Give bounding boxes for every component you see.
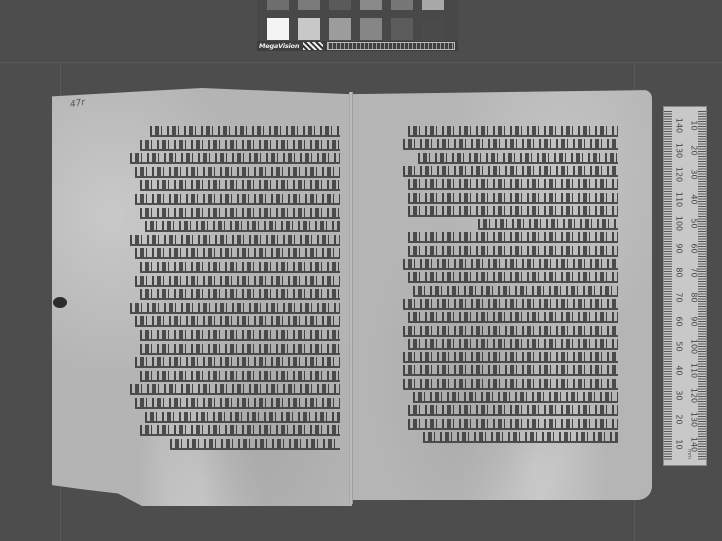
ruler-ticks-left bbox=[664, 111, 672, 461]
script-line bbox=[403, 326, 618, 337]
script-line bbox=[403, 365, 618, 376]
script-line bbox=[135, 316, 340, 327]
script-line bbox=[140, 289, 340, 300]
ruler-number: 50 bbox=[690, 214, 699, 234]
script-line bbox=[130, 235, 340, 246]
script-line bbox=[408, 419, 618, 430]
script-line bbox=[145, 221, 340, 232]
script-line bbox=[140, 330, 340, 341]
script-line bbox=[408, 179, 618, 190]
ruler-number: 10 bbox=[690, 116, 699, 136]
ruler-number: 60 bbox=[690, 238, 699, 258]
calibration-patch-top-1 bbox=[298, 0, 320, 10]
ruler-number: 20 bbox=[675, 410, 684, 430]
script-line bbox=[135, 357, 340, 368]
script-line bbox=[140, 180, 340, 191]
script-line bbox=[403, 299, 618, 310]
script-line bbox=[140, 344, 340, 355]
script-line bbox=[135, 248, 340, 259]
script-line bbox=[408, 126, 618, 137]
ruler-number: 90 bbox=[675, 238, 684, 258]
script-line bbox=[403, 139, 618, 150]
ruler-number: 10 bbox=[675, 434, 684, 454]
script-line bbox=[145, 412, 340, 423]
sewing-hole bbox=[53, 297, 67, 308]
script-line bbox=[130, 153, 340, 164]
ruler-unit: mm bbox=[686, 449, 692, 459]
ruler-number: 50 bbox=[675, 336, 684, 356]
ruler-number: 80 bbox=[675, 263, 684, 283]
ruler-number: 130 bbox=[690, 410, 699, 430]
ruler-ticks-right bbox=[698, 111, 706, 461]
measurement-ruler: 140130120110100908070605040302010 102030… bbox=[663, 106, 707, 466]
left-page-text-block bbox=[100, 126, 340, 456]
ruler-number: 140 bbox=[675, 116, 684, 136]
script-line bbox=[135, 194, 340, 205]
script-line bbox=[413, 392, 618, 403]
calibration-patch-bottom-0 bbox=[267, 18, 289, 40]
script-line bbox=[408, 272, 618, 283]
script-line bbox=[408, 232, 618, 243]
script-line bbox=[130, 384, 340, 395]
calibration-patch-top-4 bbox=[391, 0, 413, 10]
guide-line-horizontal bbox=[0, 62, 722, 63]
ruler-number: 80 bbox=[690, 287, 699, 307]
script-line bbox=[403, 166, 618, 177]
ruler-number: 120 bbox=[690, 385, 699, 405]
script-line bbox=[408, 312, 618, 323]
ruler-number: 100 bbox=[690, 336, 699, 356]
script-line bbox=[130, 303, 340, 314]
script-line bbox=[408, 246, 618, 257]
ruler-number: 70 bbox=[675, 287, 684, 307]
calibration-patch-bottom-5 bbox=[422, 18, 444, 40]
script-line bbox=[140, 262, 340, 273]
script-line bbox=[150, 126, 340, 137]
script-line bbox=[135, 276, 340, 287]
script-line bbox=[478, 219, 618, 230]
manuscript-gutter bbox=[349, 92, 353, 504]
brand-scale-bar bbox=[327, 42, 455, 50]
ruler-number: 110 bbox=[690, 361, 699, 381]
calibration-brand-bar: MegaVision bbox=[257, 41, 458, 51]
script-line bbox=[408, 206, 618, 217]
ruler-number: 30 bbox=[675, 385, 684, 405]
script-line bbox=[170, 439, 340, 450]
brand-logo-icon bbox=[303, 42, 323, 50]
ruler-number: 100 bbox=[675, 214, 684, 234]
calibration-patch-bottom-2 bbox=[329, 18, 351, 40]
script-line bbox=[413, 286, 618, 297]
script-line bbox=[403, 352, 618, 363]
calibration-patch-top-3 bbox=[360, 0, 382, 10]
script-line bbox=[140, 140, 340, 151]
ruler-number: 20 bbox=[690, 140, 699, 160]
script-line bbox=[140, 371, 340, 382]
calibration-patch-bottom-4 bbox=[391, 18, 413, 40]
script-line bbox=[423, 432, 618, 443]
right-page-text-block bbox=[378, 126, 618, 446]
ruler-number: 90 bbox=[690, 312, 699, 332]
ruler-number: 110 bbox=[675, 189, 684, 209]
script-line bbox=[408, 405, 618, 416]
script-line bbox=[135, 167, 340, 178]
script-line bbox=[418, 153, 618, 164]
script-line bbox=[140, 425, 340, 436]
ruler-number: 30 bbox=[690, 165, 699, 185]
ruler-number: 40 bbox=[675, 361, 684, 381]
ruler-number: 70 bbox=[690, 263, 699, 283]
ruler-number: 60 bbox=[675, 312, 684, 332]
calibration-patch-top-0 bbox=[267, 0, 289, 10]
calibration-patch-bottom-1 bbox=[298, 18, 320, 40]
ruler-number: 130 bbox=[675, 140, 684, 160]
script-line bbox=[135, 398, 340, 409]
script-line bbox=[408, 339, 618, 350]
ruler-number: 120 bbox=[675, 165, 684, 185]
calibration-patch-top-2 bbox=[329, 0, 351, 10]
brand-label: MegaVision bbox=[259, 41, 299, 51]
script-line bbox=[408, 193, 618, 204]
calibration-patch-top-5 bbox=[422, 0, 444, 10]
script-line bbox=[403, 379, 618, 390]
script-line bbox=[403, 259, 618, 270]
calibration-patch-bottom-3 bbox=[360, 18, 382, 40]
ruler-number: 40 bbox=[690, 189, 699, 209]
script-line bbox=[140, 208, 340, 219]
